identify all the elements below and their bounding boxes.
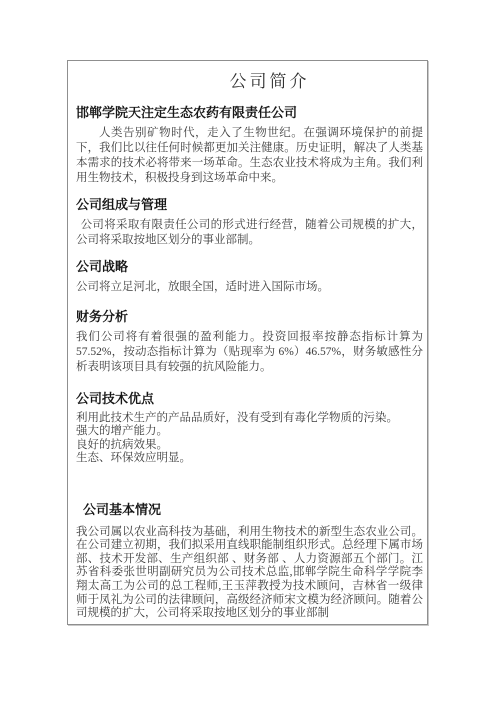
tech-advantage-line-yield: 强大的增产能力。	[76, 425, 423, 438]
document-border-frame: 公司简介 邯郸学院天注定生态农药有限责任公司 人类告别矿物时代，走入了生物世纪。…	[67, 60, 428, 625]
composition-management-paragraph: 公司将采取有限责任公司的形式进行经营，随着公司规模的扩大，公司将采取按地区划分的…	[76, 218, 423, 248]
document-title: 公司简介	[96, 71, 443, 93]
financial-analysis-paragraph: 我们公司将有着很强的盈利能力。投资回报率按静态指标计算为 57.52%，按动态指…	[76, 330, 423, 375]
basic-info-paragraph: 我公司属以农业高科技为基础，利用生物技术的新型生态农业公司。在公司建立初期，我们…	[76, 526, 423, 621]
section-heading-basic-info: 公司基本情况	[76, 502, 423, 517]
tech-advantage-line-quality: 利用此技术生产的产品品质好，没有受到有毒化学物质的污染。	[76, 412, 423, 425]
tech-advantage-line-disease-resistance: 良好的抗病效果。	[76, 439, 423, 452]
company-name-heading: 邯郸学院天注定生态农药有限责任公司	[76, 105, 423, 120]
strategy-paragraph: 公司将立足河北，放眼全国，适时进入国际市场。	[76, 280, 423, 295]
section-heading-strategy: 公司战略	[76, 259, 423, 274]
section-heading-composition-management: 公司组成与管理	[76, 197, 423, 212]
intro-paragraph: 人类告别矿物时代，走入了生物世纪。在强调环境保护的前提下，我们比以往任何时候都更…	[76, 126, 423, 186]
tech-advantage-line-eco: 生态、环保效应明显。	[76, 452, 423, 465]
section-heading-technical-advantages: 公司技术优点	[76, 391, 423, 406]
document-page: 公司简介 邯郸学院天注定生态农药有限责任公司 人类告别矿物时代，走入了生物世纪。…	[0, 0, 500, 707]
section-heading-financial-analysis: 财务分析	[76, 309, 423, 324]
